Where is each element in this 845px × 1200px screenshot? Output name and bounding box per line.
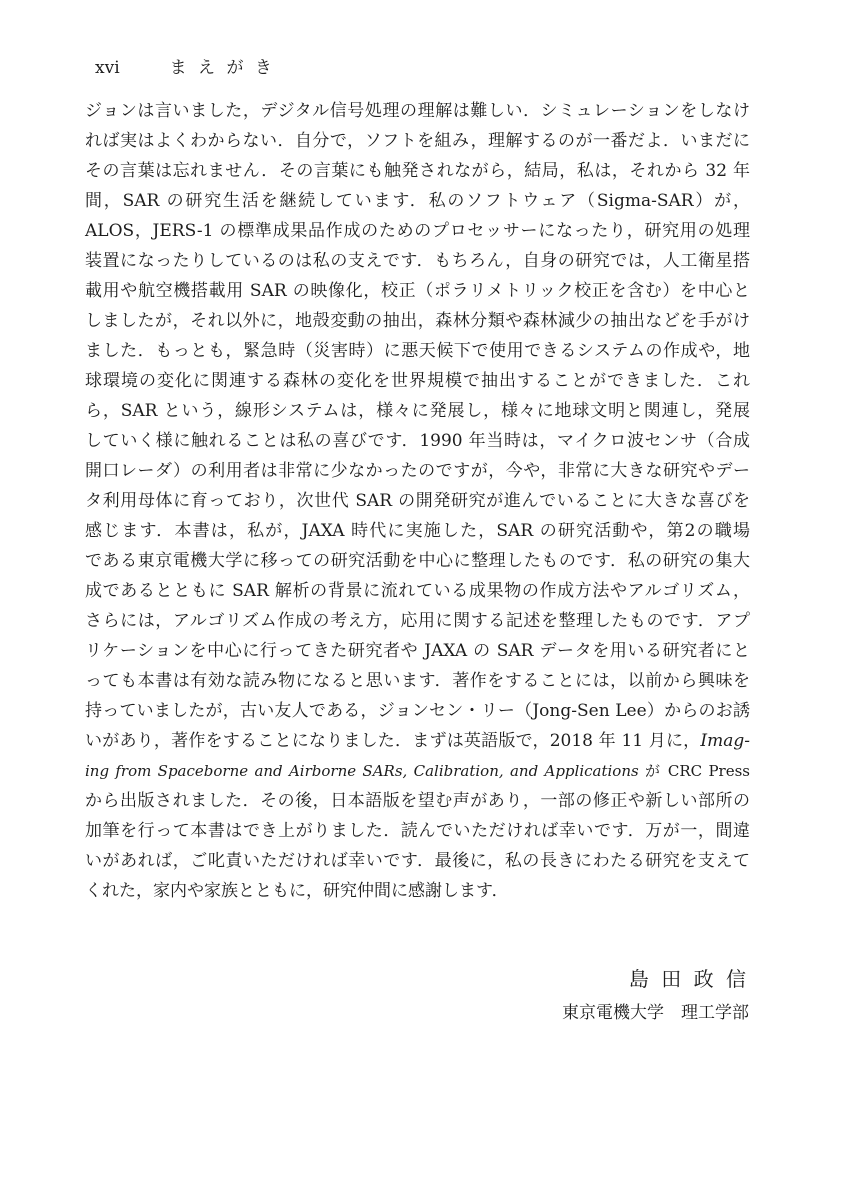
text-line: 成であるとともに SAR 解析の背景に流れている成果物の作成方法やアルゴリズム，: [85, 576, 750, 606]
text-line: 持っていましたが，古い友人である，ジョンセン・リー（Jong-Sen Lee）か…: [85, 696, 750, 726]
text-line: ました．もっとも，緊急時（災害時）に悪天候下で使用できるシステムの作成や，地: [85, 336, 750, 366]
text-segment: ました．もっとも，緊急時（災害時）に悪天候下で使用できるシステムの作成や，地: [85, 341, 750, 361]
text-segment: さらには，アルゴリズム作成の考え方，応用に関する記述を整理したものです．アプ: [85, 611, 750, 631]
author-affiliation: 東京電機大学 理工学部: [562, 1001, 749, 1025]
text-segment: 載用や航空機搭載用 SAR の映像化，校正（ポラリメトリック校正を含む）を中心と: [85, 281, 750, 301]
text-segment: 装置になったりしているのは私の支えです．もちろん，自身の研究では，人工衛星搭: [85, 251, 750, 271]
text-segment: 加筆を行って本書はでき上がりました．読んでいただければ幸いです．万が一，間違: [85, 821, 750, 841]
text-segment: れば実はよくわからない．自分で，ソフトを組み，理解するのが一番だよ．いまだに: [85, 131, 750, 151]
text-segment: くれた，家内や家族とともに，研究仲間に感謝します．: [85, 881, 509, 901]
text-line: いがあり，著作をすることになりました．まずは英語版で，2018 年 11 月に，…: [85, 726, 750, 756]
text-line: タ利用母体に育っており，次世代 SAR の開発研究が進んでいることに大きな喜びを: [85, 486, 750, 516]
author-name: 島 田 政 信: [562, 966, 749, 992]
text-line: 装置になったりしているのは私の支えです．もちろん，自身の研究では，人工衛星搭: [85, 246, 750, 276]
text-line: くれた，家内や家族とともに，研究仲間に感謝します．: [85, 876, 750, 906]
text-segment: が CRC Press: [639, 762, 750, 780]
text-segment: ジョンは言いました，デジタル信号処理の理解は難しい．シミュレーションをしなけ: [85, 101, 750, 121]
text-line: 間，SAR の研究生活を継続しています．私のソフトウェア（Sigma-SAR）が…: [85, 186, 750, 216]
text-segment: である東京電機大学に移っての研究活動を中心に整理したものです．私の研究の集大: [85, 551, 750, 571]
text-segment: いがあり，著作をすることになりました．まずは英語版で，2018 年 11 月に，: [85, 731, 700, 751]
book-title-italic: ing from Spaceborne and Airborne SARs, C…: [85, 762, 639, 780]
page-number: xvi: [95, 58, 120, 78]
text-line: である東京電機大学に移っての研究活動を中心に整理したものです．私の研究の集大: [85, 546, 750, 576]
text-line: 開口レーダ）の利用者は非常に少なかったのですが，今や，非常に大きな研究やデー: [85, 456, 750, 486]
text-segment: 開口レーダ）の利用者は非常に少なかったのですが，今や，非常に大きな研究やデー: [85, 461, 750, 481]
text-segment: から出版されました．その後，日本語版を望む声があり，一部の修正や新しい部所の: [85, 791, 750, 811]
text-segment: していく様に触れることは私の喜びです．1990 年当時は，マイクロ波センサ（合成: [85, 431, 750, 451]
text-segment: 持っていましたが，古い友人である，ジョンセン・リー（Jong-Sen Lee）か…: [85, 701, 750, 721]
text-segment: 間，SAR の研究生活を継続しています．私のソフトウェア（Sigma-SAR）が…: [85, 191, 750, 211]
text-line: っても本書は有効な読み物になると思います．著作をすることには，以前から興味を: [85, 666, 750, 696]
text-line: ALOS，JERS-1 の標準成果品作成のためのプロセッサーになったり，研究用の…: [85, 216, 750, 246]
text-segment: 球環境の変化に関連する森林の変化を世界規模で抽出することができました．これ: [85, 371, 750, 391]
text-line: していく様に触れることは私の喜びです．1990 年当時は，マイクロ波センサ（合成: [85, 426, 750, 456]
text-line: いがあれば，ご叱責いただければ幸いです．最後に，私の長きにわたる研究を支えて: [85, 846, 750, 876]
text-line: しましたが，それ以外に，地殻変動の抽出，森林分類や森林減少の抽出などを手がけ: [85, 306, 750, 336]
text-line: ジョンは言いました，デジタル信号処理の理解は難しい．シミュレーションをしなけ: [85, 96, 750, 126]
text-line: その言葉は忘れません．その言葉にも触発されながら，結局，私は，それから 32 年: [85, 156, 750, 186]
preface-paragraph: ジョンは言いました，デジタル信号処理の理解は難しい．シミュレーションをしなければ…: [85, 96, 750, 906]
signature-block: 島 田 政 信 東京電機大学 理工学部: [562, 966, 749, 1025]
text-line: 感じます．本書は，私が，JAXA 時代に実施した，SAR の研究活動や，第2の職…: [85, 516, 750, 546]
text-segment: ら，SAR という，線形システムは，様々に発展し，様々に地球文明と関連し，発展: [85, 401, 750, 421]
text-line: 加筆を行って本書はでき上がりました．読んでいただければ幸いです．万が一，間違: [85, 816, 750, 846]
text-line: れば実はよくわからない．自分で，ソフトを組み，理解するのが一番だよ．いまだに: [85, 126, 750, 156]
text-line: 載用や航空機搭載用 SAR の映像化，校正（ポラリメトリック校正を含む）を中心と: [85, 276, 750, 306]
text-segment: 感じます．本書は，私が，JAXA 時代に実施した，SAR の研究活動や，第2の職…: [85, 521, 750, 541]
text-segment: 成であるとともに SAR 解析の背景に流れている成果物の作成方法やアルゴリズム，: [85, 581, 750, 601]
text-line: ing from Spaceborne and Airborne SARs, C…: [85, 756, 750, 786]
text-line: さらには，アルゴリズム作成の考え方，応用に関する記述を整理したものです．アプ: [85, 606, 750, 636]
text-line: ら，SAR という，線形システムは，様々に発展し，様々に地球文明と関連し，発展: [85, 396, 750, 426]
text-line: 球環境の変化に関連する森林の変化を世界規模で抽出することができました．これ: [85, 366, 750, 396]
text-segment: っても本書は有効な読み物になると思います．著作をすることには，以前から興味を: [85, 671, 750, 691]
text-segment: ALOS，JERS-1 の標準成果品作成のためのプロセッサーになったり，研究用の…: [85, 221, 750, 241]
text-segment: しましたが，それ以外に，地殻変動の抽出，森林分類や森林減少の抽出などを手がけ: [85, 311, 750, 331]
page-header: xviま え が き: [95, 58, 275, 78]
book-title-italic: Imag-: [700, 731, 750, 751]
text-segment: リケーションを中心に行ってきた研究者や JAXA の SAR データを用いる研究…: [85, 641, 750, 661]
text-line: リケーションを中心に行ってきた研究者や JAXA の SAR データを用いる研究…: [85, 636, 750, 666]
text-segment: その言葉は忘れません．その言葉にも触発されながら，結局，私は，それから 32 年: [85, 161, 750, 181]
text-segment: いがあれば，ご叱責いただければ幸いです．最後に，私の長きにわたる研究を支えて: [85, 851, 750, 871]
text-line: から出版されました．その後，日本語版を望む声があり，一部の修正や新しい部所の: [85, 786, 750, 816]
text-segment: タ利用母体に育っており，次世代 SAR の開発研究が進んでいることに大きな喜びを: [85, 491, 750, 511]
section-title: ま え が き: [170, 58, 275, 78]
book-page: xviま え が き ジョンは言いました，デジタル信号処理の理解は難しい．シミュ…: [0, 0, 845, 1200]
